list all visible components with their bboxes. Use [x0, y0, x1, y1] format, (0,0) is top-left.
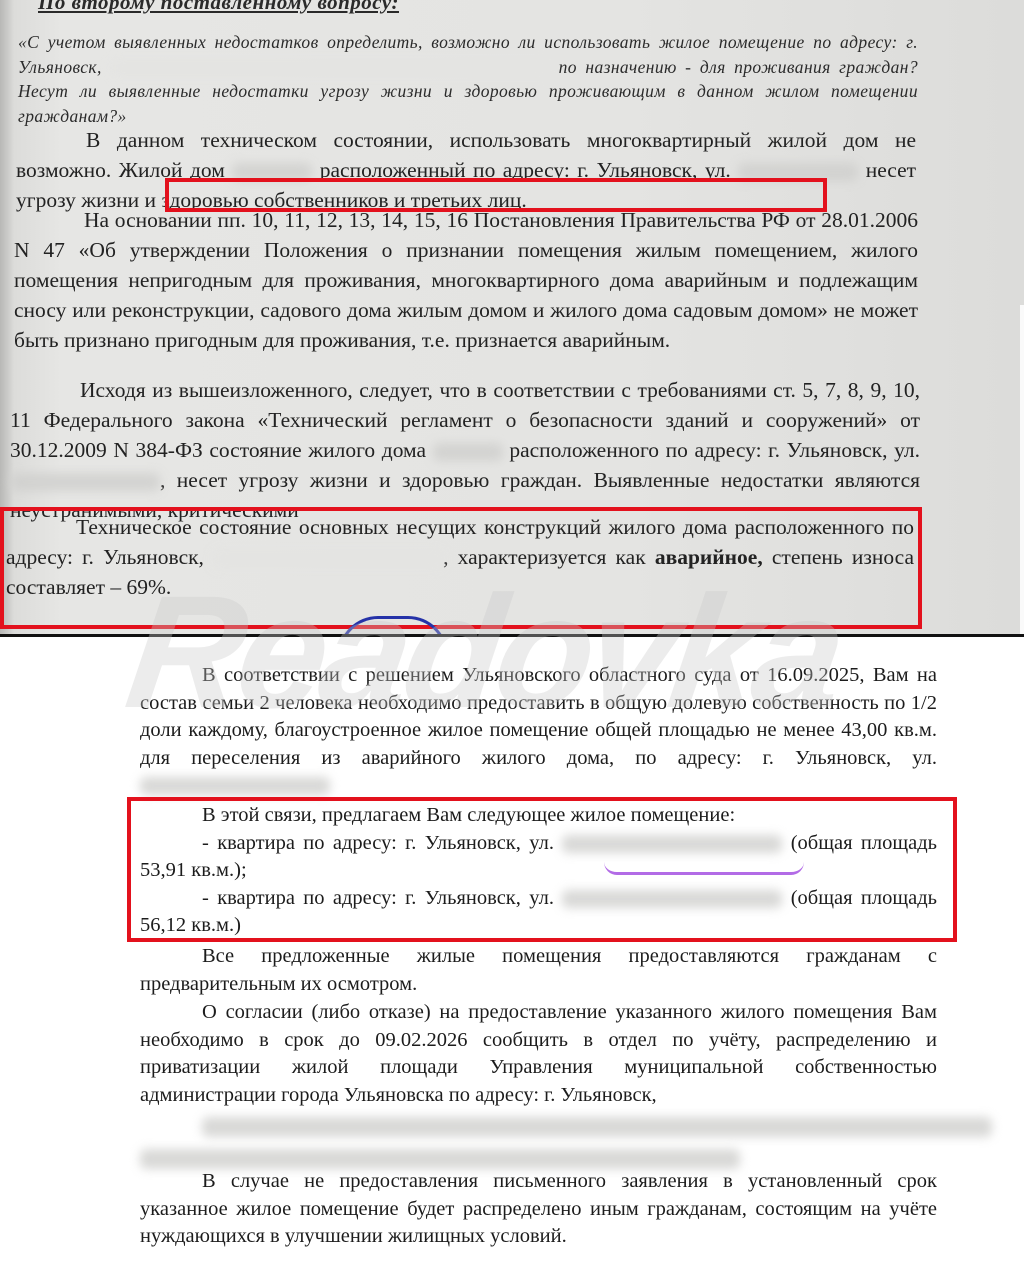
paper-edge — [1020, 305, 1024, 636]
letter-offers: В этой связи, предлагаем Вам следующее ж… — [140, 802, 937, 940]
question-heading: По второму поставленному вопросу: — [38, 0, 399, 15]
redacted-street-2 — [10, 473, 160, 491]
redacted-contact-line-1 — [202, 1117, 992, 1137]
redacted-house-2 — [433, 443, 503, 461]
report-paragraph-3: Исходя из вышеизложенного, следует, что … — [10, 375, 920, 525]
redacted-offer-address-1 — [562, 835, 782, 853]
question-text: «С учетом выявленных недостатков определ… — [18, 30, 918, 128]
offer-item-2: - квартира по адресу: г. Ульяновск, ул. … — [140, 885, 937, 940]
scanned-expert-report: По второму поставленному вопросу: «С уче… — [0, 0, 1024, 636]
redacted-street — [738, 163, 858, 181]
report-paragraph-1: В данном техническом состоянии, использо… — [16, 125, 916, 215]
redacted-address — [110, 59, 550, 77]
report-paragraph-4: Техническое состояние основных несущих к… — [6, 512, 914, 602]
redacted-house — [232, 163, 312, 181]
redacted-address-3 — [213, 550, 443, 568]
redacted-old-address — [140, 777, 330, 795]
offer-item-1: - квартира по адресу: г. Ульяновск, ул. … — [140, 830, 937, 885]
offer-intro: В этой связи, предлагаем Вам следующее ж… — [140, 802, 937, 830]
condition-emergency: аварийное, — [655, 545, 763, 569]
letter-paragraph-3: Все предложенные жилые помещения предост… — [140, 943, 937, 998]
purple-underline-mark — [604, 862, 804, 875]
letter-paragraph-4: О согласии (либо отказе) на предоставлен… — [140, 999, 937, 1169]
report-paragraph-2: На основании пп. 10, 11, 12, 13, 14, 15,… — [14, 205, 918, 355]
redacted-contact-line-2 — [140, 1149, 740, 1169]
letter-paragraph-1: В соответствии с решением Ульяновского о… — [140, 662, 937, 800]
letter-paragraph-5: В случае не предоставления письменного з… — [140, 1168, 937, 1251]
official-stamp — [338, 616, 448, 636]
redacted-offer-address-2 — [562, 890, 782, 908]
